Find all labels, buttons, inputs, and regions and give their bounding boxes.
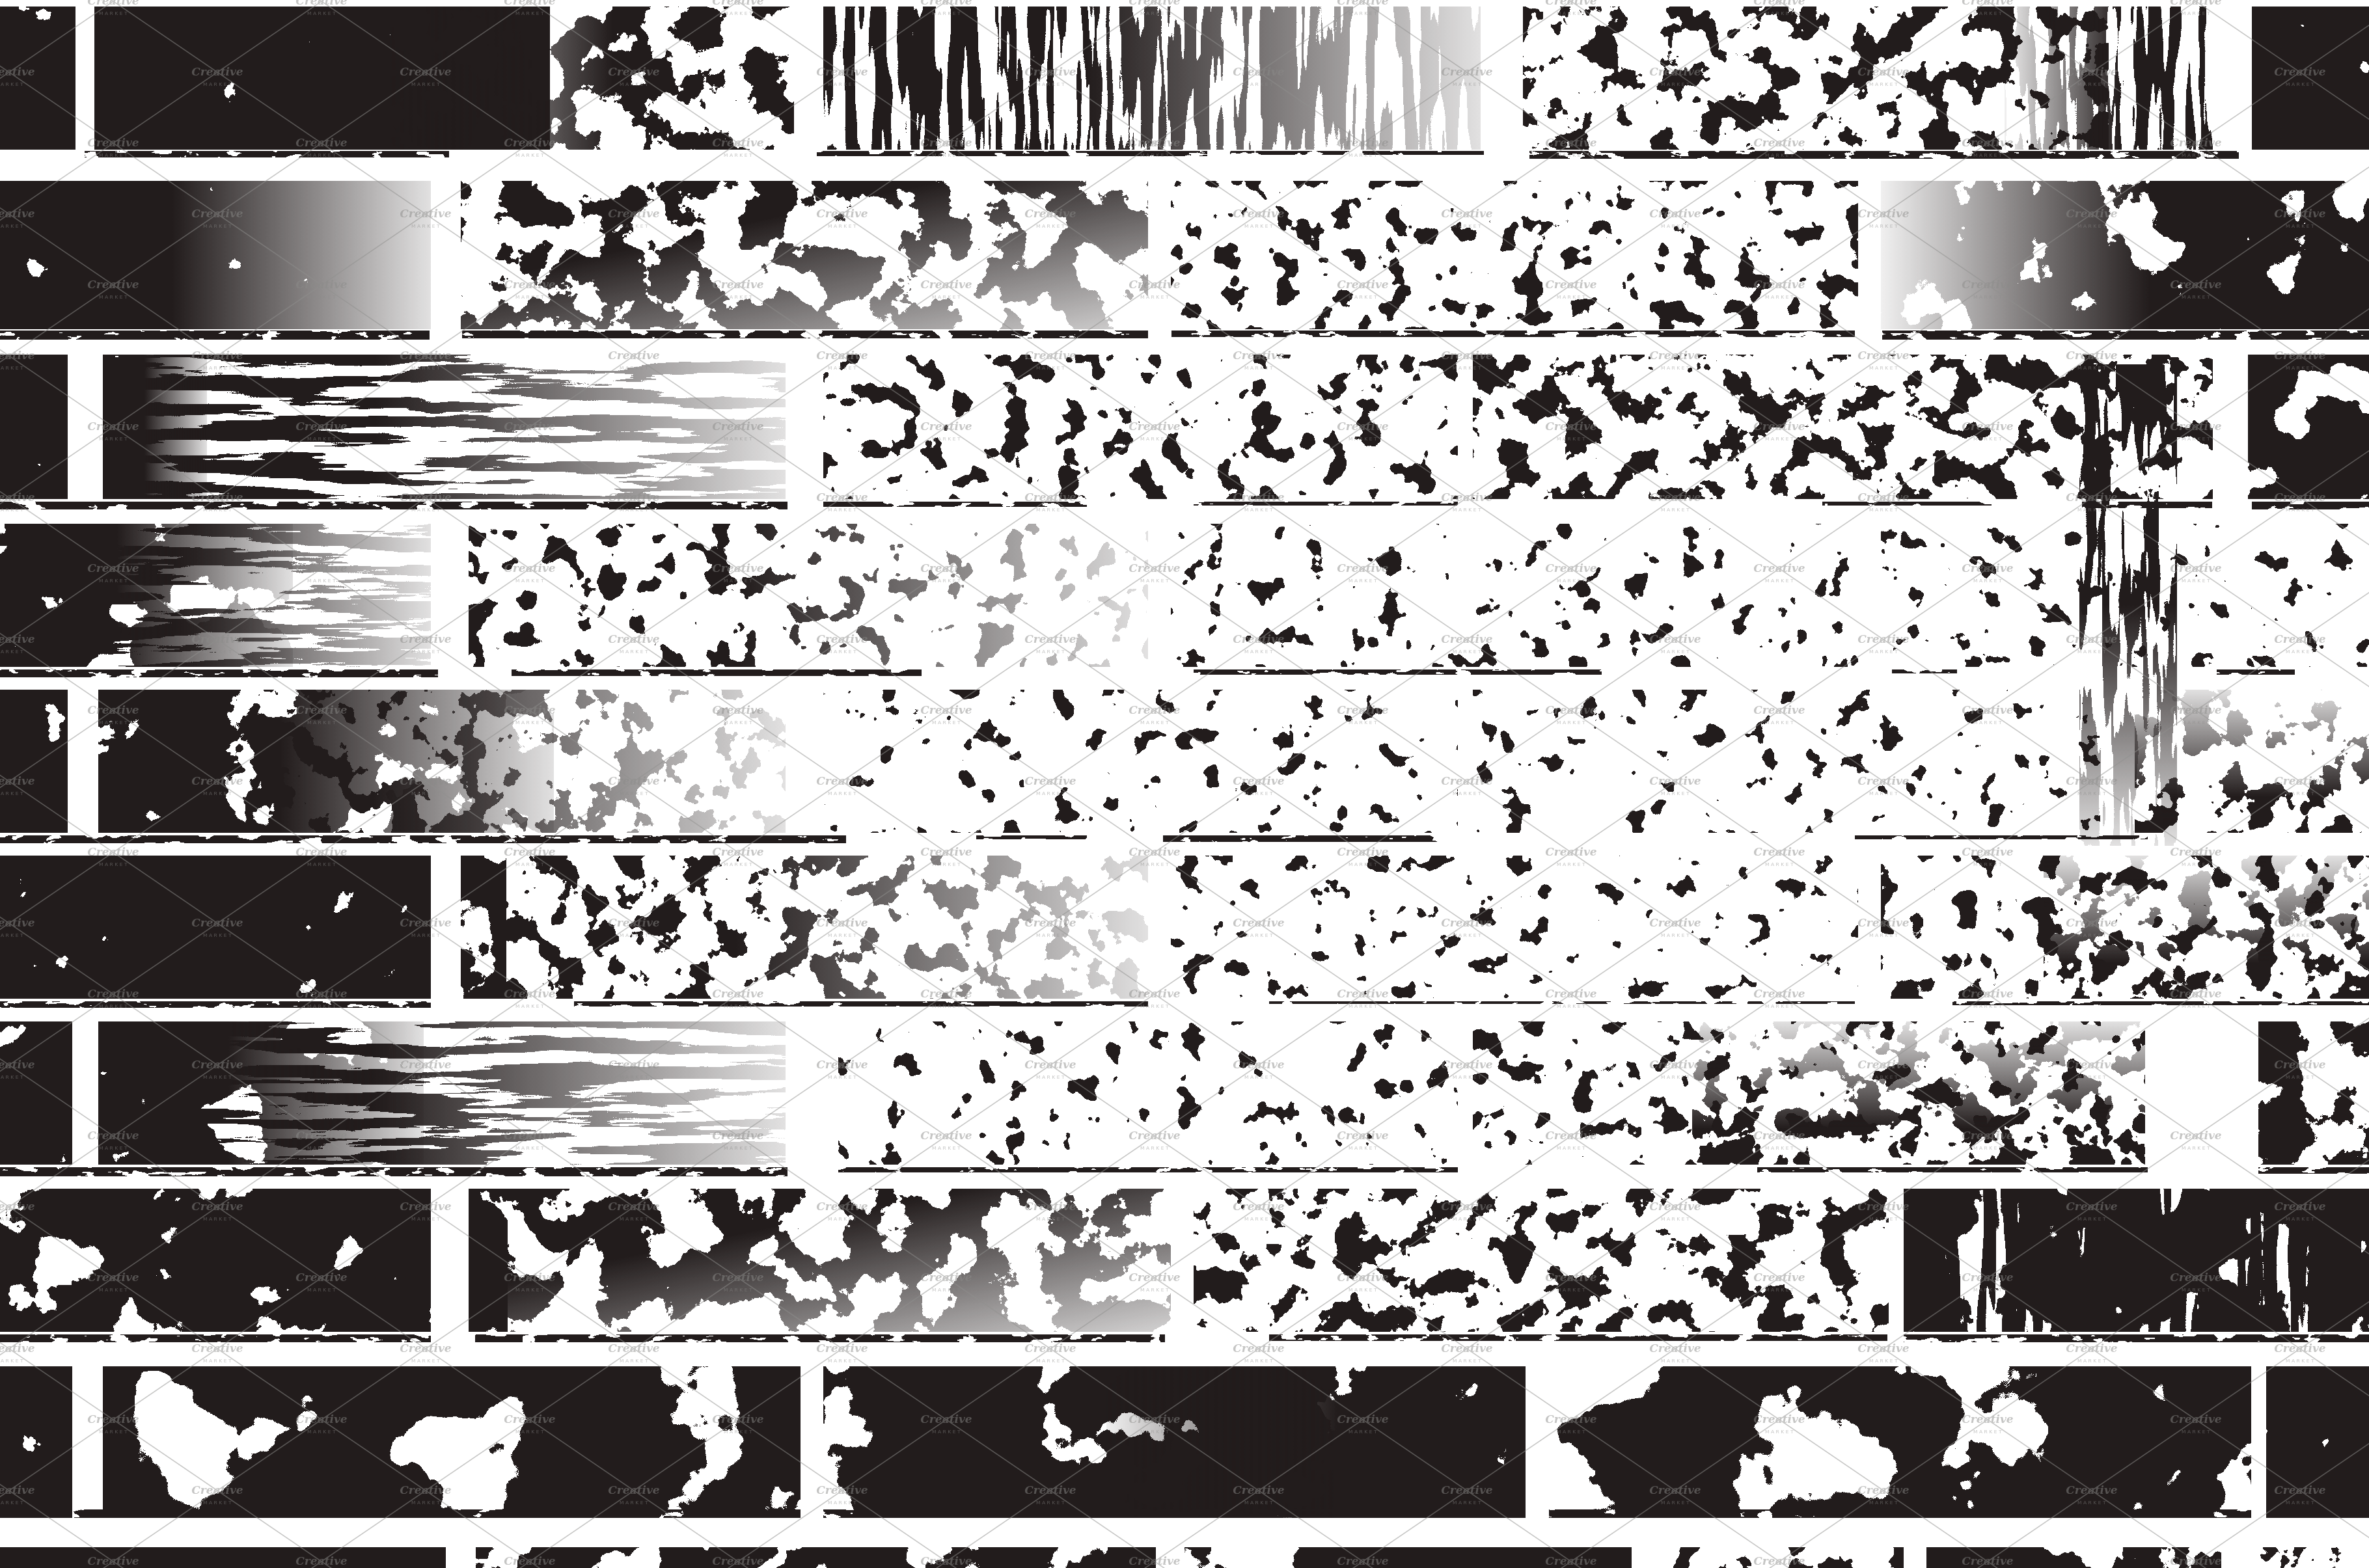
watermark-overlay xyxy=(0,0,2369,1568)
grunge-brick-texture-image: CreativeMARKETCreativeMARKETCreativeMARK… xyxy=(0,0,2369,1568)
texture-canvas: CreativeMARKETCreativeMARKETCreativeMARK… xyxy=(0,0,2369,1568)
